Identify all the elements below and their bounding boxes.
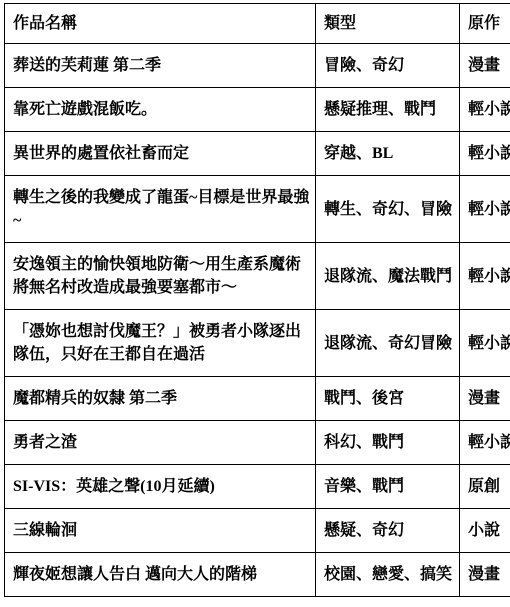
- table-header: 作品名稱 類型 原作: [5, 4, 510, 44]
- table-row: 葬送的芙莉蓮 第二季 冒險、奇幻 漫畫: [5, 44, 510, 88]
- work-title-cell: 三線輪洄: [5, 509, 316, 553]
- genre-cell: 戰鬥、後宮: [316, 377, 460, 421]
- source-cell: 漫畫: [460, 44, 510, 88]
- work-title-cell: 轉生之後的我變成了龍蛋~目標是世界最強~: [5, 176, 316, 243]
- genre-cell: 轉生、奇幻、冒險: [316, 176, 460, 243]
- column-header-work-title: 作品名稱: [5, 4, 316, 44]
- genre-cell: 退隊流、魔法戰鬥: [316, 243, 460, 310]
- table-row: SI-VIS：英雄之聲(10月延續) 音樂、戰鬥 原創: [5, 465, 510, 509]
- source-cell: 輕小說: [460, 421, 510, 465]
- genre-cell: 科幻、戰鬥: [316, 421, 460, 465]
- column-header-source: 原作: [460, 4, 510, 44]
- source-cell: 輕小說: [460, 243, 510, 310]
- genre-cell: 懸疑推理、戰鬥: [316, 88, 460, 132]
- table-row: 魔都精兵的奴隸 第二季 戰鬥、後宮 漫畫: [5, 377, 510, 421]
- source-cell: 輕小說: [460, 176, 510, 243]
- document-page: 作品名稱 類型 原作 葬送的芙莉蓮 第二季 冒險、奇幻 漫畫 靠死亡遊戲混飯吃。…: [0, 0, 510, 607]
- work-title-cell: 「憑妳也想討伐魔王？」被勇者小隊逐出隊伍，只好在王都自在過活: [5, 310, 316, 377]
- genre-cell: 懸疑、奇幻: [316, 509, 460, 553]
- source-cell: 輕小說: [460, 132, 510, 176]
- source-cell: 輕小說: [460, 310, 510, 377]
- work-title-cell: 葬送的芙莉蓮 第二季: [5, 44, 316, 88]
- genre-cell: 冒險、奇幻: [316, 44, 460, 88]
- column-header-genre: 類型: [316, 4, 460, 44]
- works-table: 作品名稱 類型 原作 葬送的芙莉蓮 第二季 冒險、奇幻 漫畫 靠死亡遊戲混飯吃。…: [4, 3, 510, 597]
- table-row: 安逸領主的愉快領地防衛～用生產系魔術將無名村改造成最強要塞都市～ 退隊流、魔法戰…: [5, 243, 510, 310]
- work-title-cell: 異世界的處置依社畜而定: [5, 132, 316, 176]
- table-row: 三線輪洄 懸疑、奇幻 小說: [5, 509, 510, 553]
- table-row: 勇者之渣 科幻、戰鬥 輕小說: [5, 421, 510, 465]
- source-cell: 輕小說: [460, 88, 510, 132]
- source-cell: 漫畫: [460, 553, 510, 597]
- table-body: 葬送的芙莉蓮 第二季 冒險、奇幻 漫畫 靠死亡遊戲混飯吃。 懸疑推理、戰鬥 輕小…: [5, 44, 510, 597]
- work-title-cell: 輝夜姬想讓人告白 邁向大人的階梯: [5, 553, 316, 597]
- work-title-cell: SI-VIS：英雄之聲(10月延續): [5, 465, 316, 509]
- table-row: 「憑妳也想討伐魔王？」被勇者小隊逐出隊伍，只好在王都自在過活 退隊流、奇幻冒險 …: [5, 310, 510, 377]
- source-cell: 漫畫: [460, 377, 510, 421]
- source-cell: 原創: [460, 465, 510, 509]
- genre-cell: 穿越、BL: [316, 132, 460, 176]
- table-row: 輝夜姬想讓人告白 邁向大人的階梯 校園、戀愛、搞笑 漫畫: [5, 553, 510, 597]
- source-cell: 小說: [460, 509, 510, 553]
- genre-cell: 音樂、戰鬥: [316, 465, 460, 509]
- table-row: 靠死亡遊戲混飯吃。 懸疑推理、戰鬥 輕小說: [5, 88, 510, 132]
- header-row: 作品名稱 類型 原作: [5, 4, 510, 44]
- work-title-cell: 勇者之渣: [5, 421, 316, 465]
- table-row: 轉生之後的我變成了龍蛋~目標是世界最強~ 轉生、奇幻、冒險 輕小說: [5, 176, 510, 243]
- table-row: 異世界的處置依社畜而定 穿越、BL 輕小說: [5, 132, 510, 176]
- work-title-cell: 安逸領主的愉快領地防衛～用生產系魔術將無名村改造成最強要塞都市～: [5, 243, 316, 310]
- genre-cell: 退隊流、奇幻冒險: [316, 310, 460, 377]
- work-title-cell: 靠死亡遊戲混飯吃。: [5, 88, 316, 132]
- genre-cell: 校園、戀愛、搞笑: [316, 553, 460, 597]
- work-title-cell: 魔都精兵的奴隸 第二季: [5, 377, 316, 421]
